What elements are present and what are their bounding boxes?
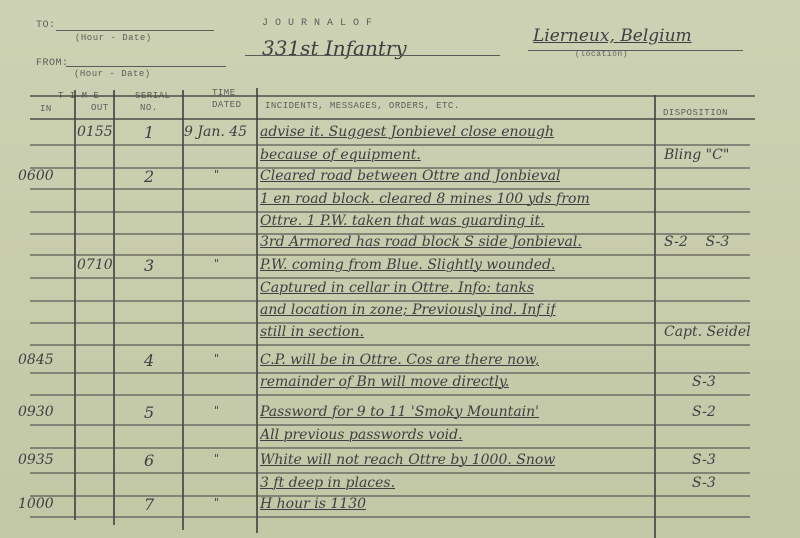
serial-value: 4 bbox=[144, 351, 154, 370]
to-line bbox=[56, 30, 214, 31]
incident-text: 1 en road block. cleared 8 mines 100 yds… bbox=[260, 191, 590, 207]
time-out-value: 0155 bbox=[77, 124, 113, 140]
dated-value: " bbox=[214, 496, 219, 509]
unit-line bbox=[245, 55, 500, 56]
header-bottom-rule bbox=[30, 118, 755, 120]
dated-value: " bbox=[214, 168, 219, 181]
row-rule bbox=[30, 516, 750, 518]
row-rule bbox=[30, 472, 750, 474]
incident-text: 3 ft deep in places. bbox=[260, 475, 395, 491]
row-rule bbox=[30, 277, 750, 279]
col-in: IN bbox=[40, 104, 52, 114]
row-rule bbox=[30, 144, 750, 146]
incident-text: All previous passwords void. bbox=[260, 427, 463, 443]
incident-text: White will not reach Ottre by 1000. Snow bbox=[260, 452, 555, 468]
time-in-value: 1000 bbox=[18, 496, 54, 512]
col-disposition: DISPOSITION bbox=[663, 108, 728, 118]
col-divider-in bbox=[74, 90, 76, 520]
journal-label: J O U R N A L O F bbox=[262, 18, 373, 29]
disposition-value: Capt. Seidel bbox=[664, 324, 751, 340]
incident-text: advise it. Suggest Jonbievel close enoug… bbox=[260, 124, 554, 140]
col-time-dated-2: DATED bbox=[212, 100, 242, 110]
col-time-dated-1: TIME bbox=[212, 88, 236, 98]
location-line bbox=[528, 50, 743, 51]
from-label: FROM: bbox=[36, 58, 69, 69]
row-rule bbox=[30, 322, 750, 324]
disposition-value: S-3 bbox=[692, 452, 716, 468]
to-label: TO: bbox=[36, 20, 56, 31]
incident-text: P.W. coming from Blue. Slightly wounded. bbox=[260, 257, 555, 273]
row-rule bbox=[30, 344, 750, 346]
journal-page: TO: (Hour - Date) FROM: (Hour - Date) J … bbox=[0, 0, 800, 538]
serial-value: 3 bbox=[144, 256, 154, 275]
incident-text: Captured in cellar in Ottre. Info: tanks bbox=[260, 280, 534, 296]
col-out: OUT bbox=[91, 103, 109, 113]
time-in-value: 0935 bbox=[18, 452, 54, 468]
dated-value: " bbox=[214, 404, 219, 417]
incident-text: H hour is 1130 bbox=[260, 496, 366, 512]
disposition-value: Bling "C" bbox=[664, 147, 729, 163]
row-rule bbox=[30, 424, 750, 426]
dated-value: " bbox=[214, 257, 219, 270]
header-top-rule bbox=[30, 95, 755, 97]
col-incidents: INCIDENTS, MESSAGES, ORDERS, ETC. bbox=[265, 101, 460, 111]
incident-text: and location in zone; Previously ind. In… bbox=[260, 302, 556, 318]
incident-text: Cleared road between Ottre and Jonbieval bbox=[260, 168, 560, 184]
row-rule bbox=[30, 188, 750, 190]
dated-value: " bbox=[214, 352, 219, 365]
col-divider-dated bbox=[256, 88, 258, 533]
row-rule bbox=[30, 394, 750, 396]
serial-value: 2 bbox=[144, 167, 154, 186]
serial-value: 7 bbox=[144, 495, 154, 514]
serial-value: 6 bbox=[144, 451, 154, 470]
from-line bbox=[66, 66, 226, 67]
serial-value: 1 bbox=[144, 123, 154, 142]
col-divider-out bbox=[113, 90, 115, 525]
disposition-value: S-2 S-3 bbox=[664, 234, 729, 250]
time-out-value: 0710 bbox=[77, 257, 113, 273]
location-value: Lierneux, Belgium bbox=[533, 26, 692, 46]
serial-value: 5 bbox=[144, 403, 154, 422]
incident-text: 3rd Armored has road block S side Jonbie… bbox=[260, 234, 582, 250]
row-rule bbox=[30, 495, 750, 497]
dated-value: 9 Jan. 45 bbox=[184, 124, 247, 140]
col-serial-no: NO. bbox=[140, 103, 158, 113]
location-sub-label: (location) bbox=[575, 50, 628, 59]
time-in-value: 0845 bbox=[18, 352, 54, 368]
disposition-value: S-2 bbox=[692, 404, 716, 420]
incident-text: C.P. will be in Ottre. Cos are there now… bbox=[260, 352, 539, 368]
unit-name: 331st Infantry bbox=[262, 36, 407, 60]
time-in-value: 0600 bbox=[18, 168, 54, 184]
incident-text: because of equipment. bbox=[260, 147, 421, 163]
disposition-value: S-3 bbox=[692, 475, 716, 491]
row-rule bbox=[30, 447, 750, 449]
col-divider-serial bbox=[182, 90, 184, 530]
dated-value: " bbox=[214, 452, 219, 465]
row-rule bbox=[30, 254, 750, 256]
time-in-value: 0930 bbox=[18, 404, 54, 420]
from-sub-label: (Hour - Date) bbox=[74, 69, 151, 79]
to-sub-label: (Hour - Date) bbox=[75, 33, 152, 43]
incident-text: still in section. bbox=[260, 324, 364, 340]
incident-text: Ottre. 1 P.W. taken that was guarding it… bbox=[260, 213, 545, 229]
disposition-value: S-3 bbox=[692, 374, 716, 390]
incident-text: Password for 9 to 11 'Smoky Mountain' bbox=[260, 404, 539, 420]
incident-text: remainder of Bn will move directly. bbox=[260, 374, 509, 390]
